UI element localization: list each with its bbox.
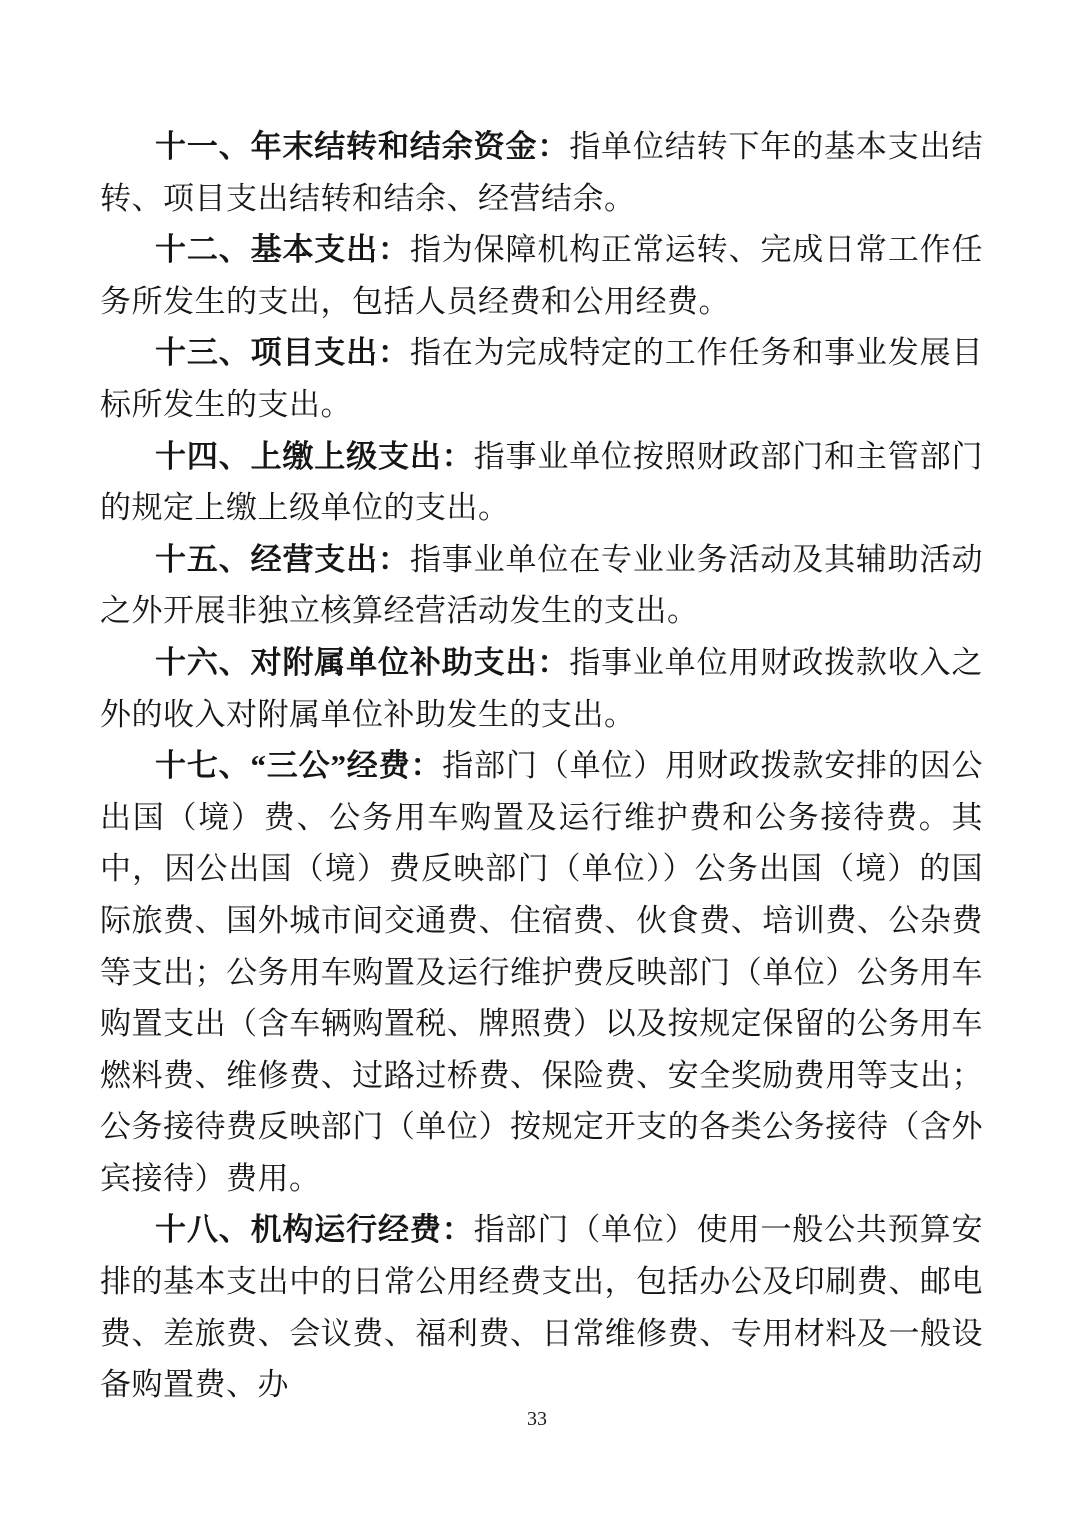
definition-item: 十六、对附属单位补助支出：指事业单位用财政拨款收入之外的收入对附属单位补助发生的… [100,637,983,740]
term-label: 十三、项目支出： [155,335,410,370]
definition-item: 十五、经营支出：指事业单位在专业业务活动及其辅助活动之外开展非独立核算经营活动发… [100,534,983,637]
page-number: 33 [527,1408,547,1430]
document-body: 十一、年末结转和结余资金：指单位结转下年的基本支出结转、项目支出结转和结余、经营… [100,121,983,1411]
term-label: 十四、上缴上级支出： [155,439,474,474]
term-label: 十六、对附属单位补助支出： [155,645,569,680]
term-definition: 指部门（单位）用财政拨款安排的因公出国（境）费、公务用车购置及运行维护费和公务接… [100,748,983,1196]
definition-item: 十一、年末结转和结余资金：指单位结转下年的基本支出结转、项目支出结转和结余、经营… [100,121,983,224]
page-footer: 33 [0,1405,1074,1433]
definition-item: 十四、上缴上级支出：指事业单位按照财政部门和主管部门的规定上缴上级单位的支出。 [100,431,983,534]
definition-item: 十八、机构运行经费：指部门（单位）使用一般公共预算安排的基本支出中的日常公用经费… [100,1204,983,1410]
definition-item: 十三、项目支出：指在为完成特定的工作任务和事业发展目标所发生的支出。 [100,327,983,430]
definition-item: 十二、基本支出：指为保障机构正常运转、完成日常工作任务所发生的支出，包括人员经费… [100,224,983,327]
term-label: 十二、基本支出： [155,232,410,267]
term-label: 十八、机构运行经费： [155,1212,474,1247]
term-label: 十五、经营支出： [155,542,410,577]
term-label: 十七、“三公”经费： [155,748,442,783]
term-label: 十一、年末结转和结余资金： [155,129,569,164]
document-page: 十一、年末结转和结余资金：指单位结转下年的基本支出结转、项目支出结转和结余、经营… [0,0,1074,1520]
definition-item: 十七、“三公”经费：指部门（单位）用财政拨款安排的因公出国（境）费、公务用车购置… [100,740,983,1204]
